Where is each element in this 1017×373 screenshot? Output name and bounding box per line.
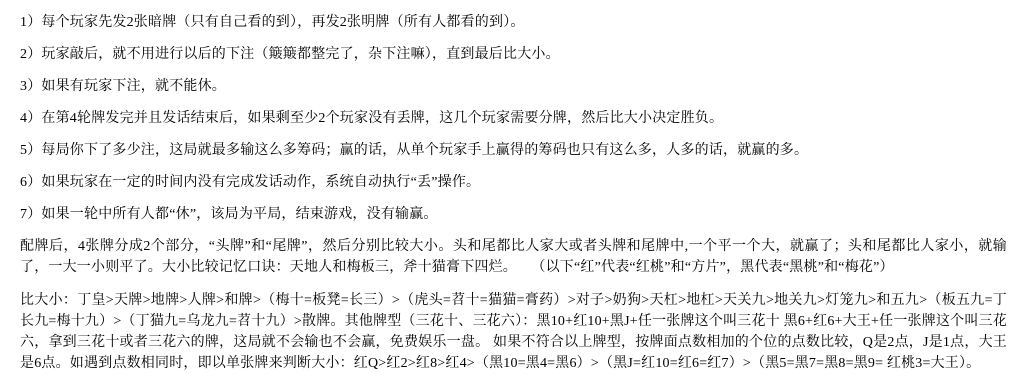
rule-item-3: 3）如果有玩家下注，就不能休。 [20, 76, 1007, 97]
rule-item-7: 7）如果一轮中所有人都“休”，该局为平局，结束游戏，没有输赢。 [20, 204, 1007, 225]
rule-item-4: 4）在第4轮牌发完并且发话结束后，如果剩至少2个玩家没有丢牌，这几个玩家需要分牌… [20, 108, 1007, 129]
rule-item-2: 2）玩家敲后，就不用进行以后的下注（簸簸都整完了，杂下注嘛），直到最后比大小。 [20, 44, 1007, 65]
ranking-comparison-paragraph: 比大小：丁皇>天牌>地牌>人牌>和牌>（梅十=板凳=长三）>（虎头=苕十=猫猫=… [20, 290, 1007, 373]
rule-item-6: 6）如果玩家在一定的时间内没有完成发话动作，系统自动执行“丢”操作。 [20, 172, 1007, 193]
card-game-rules-document: 1）每个玩家先发2张暗牌（只有自己看的到），再发2张明牌（所有人都看的到）。 2… [0, 0, 1017, 373]
rule-item-5: 5）每局你下了多少注，这局就最多输这么多筹码；赢的话，从单个玩家手上赢得的筹码也… [20, 140, 1007, 161]
hand-splitting-paragraph: 配牌后，4张牌分成2个部分，“头牌”和“尾牌”，然后分别比较大小。头和尾都比人家… [20, 236, 1007, 278]
rule-item-1: 1）每个玩家先发2张暗牌（只有自己看的到），再发2张明牌（所有人都看的到）。 [20, 12, 1007, 33]
